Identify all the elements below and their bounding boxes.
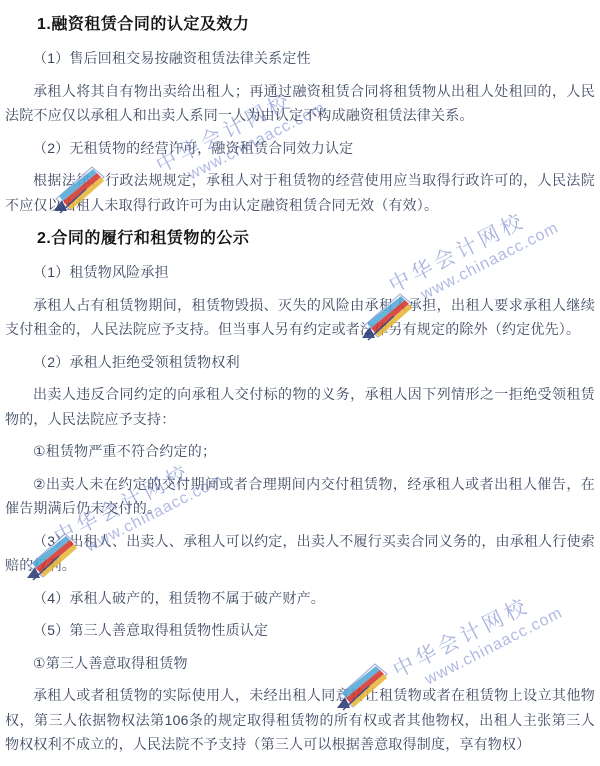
paragraph: ①第三人善意取得租赁物 [5,651,595,676]
paragraph: （3）出租人、出卖人、承租人可以约定，出卖人不履行买卖合同义务的，由承租人行使索… [5,529,595,578]
document-page: 中华会计网校 www.chinaacc.com 中华会计网校 www.china… [0,0,600,766]
section-heading: 2.合同的履行和租赁物的公示 [5,226,595,251]
paragraph: （4）承租人破产的，租赁物不属于破产财产。 [5,586,595,611]
paragraph: ②出卖人未在约定的交付期间或者合理期间内交付租赁物，经承租人或者出租人催告，在催… [5,472,595,521]
paragraph: （2）承租人拒绝受领租赁物权利 [5,350,595,375]
paragraph: 承租人将其自有物出卖给出租人；再通过融资租赁合同将租赁物从出租人处租回的，人民法… [5,79,595,128]
paragraph: ①租赁物严重不符合约定的； [5,439,595,464]
section-heading: 1.融资租赁合同的认定及效力 [5,12,595,37]
paragraph: （1）租赁物风险承担 [5,260,595,285]
document-content: 1.融资租赁合同的认定及效力（1）售后回租交易按融资租赁法律关系定性承租人将其自… [0,0,600,757]
paragraph: 承租人或者租赁物的实际使用人，未经出租人同意转让租赁物或者在租赁物上设立其他物权… [5,683,595,757]
paragraph: （2）无租赁物的经营许可，融资租赁合同效力认定 [5,136,595,161]
paragraph: （1）售后回租交易按融资租赁法律关系定性 [5,46,595,71]
paragraph: 出卖人违反合同约定的向承租人交付标的物的义务，承租人因下列情形之一拒绝受领租赁物… [5,382,595,431]
paragraph: 承租人占有租赁物期间，租赁物毁损、灭失的风险由承租人承担，出租人要求承租人继续支… [5,293,595,342]
paragraph: （5）第三人善意取得租赁物性质认定 [5,618,595,643]
paragraph: 根据法律、行政法规规定，承租人对于租赁物的经营使用应当取得行政许可的，人民法院不… [5,168,595,217]
